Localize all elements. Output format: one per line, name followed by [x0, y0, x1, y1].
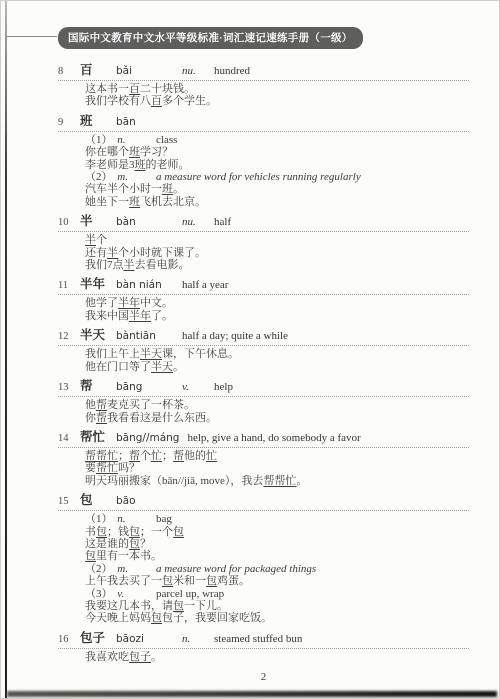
- entry-list: 8 百 bǎi nu. hundred 这本书一百二十块钱。我们学校有八百多个学…: [58, 62, 469, 663]
- entry-head: 8 百 bǎi nu. hundred: [58, 62, 469, 79]
- entry-separator: [58, 344, 469, 346]
- entry-word: 包: [80, 492, 106, 507]
- sense-meaning: class: [156, 134, 177, 146]
- sense-number: （2）: [85, 563, 113, 575]
- entry: 11 半年 bàn nián half a year 他学了半年中文。我来中国半…: [58, 276, 469, 322]
- example-line: 这本书一百二十块钱。: [85, 83, 469, 95]
- sense-number: （1）: [85, 134, 113, 146]
- entry-number: 15: [58, 494, 80, 509]
- entry-head: 15 包 bāo: [58, 492, 469, 509]
- entry-meaning: steamed stuffed bun: [214, 632, 302, 647]
- sense-number: （3）: [85, 588, 113, 600]
- entry-separator: [58, 509, 469, 511]
- entry: 16 包子 bāozi n. steamed stuffed bun 我喜欢吃包…: [58, 630, 469, 663]
- page-header: 国际中文教育中文水平等级标准·词汇速记速练手册（一级）: [58, 27, 469, 46]
- entry-separator: [58, 130, 469, 132]
- entry-pos: v.: [182, 380, 208, 395]
- entry-head: 14 帮忙 bāng//máng help, give a hand, do s…: [58, 429, 469, 446]
- example-line: 今天晚上妈妈包包子，我要回家吃饭。: [85, 612, 469, 624]
- entry-meaning: half a day; quite a while: [182, 329, 288, 344]
- entry-body: 我们上午上半天课，下午休息。他在门口等了半天。: [58, 348, 469, 373]
- entry-number: 13: [58, 380, 80, 395]
- sense-number: （1）: [85, 513, 113, 525]
- entry-word: 半: [80, 213, 106, 228]
- entry-body: 他帮麦克买了一杯茶。你帮我看看这是什么东西。: [58, 399, 469, 424]
- entry-number: 16: [58, 632, 80, 647]
- entry-separator: [58, 647, 469, 649]
- entry-word: 帮: [80, 378, 106, 393]
- entry-number: 12: [58, 329, 80, 344]
- example-line: 他帮麦克买了一杯茶。: [85, 399, 469, 411]
- example-line: 我们上午上半天课，下午休息。: [85, 348, 469, 360]
- entry-pos: nu.: [182, 215, 208, 230]
- entry-number: 10: [58, 215, 80, 230]
- scan-bottom-shadow: [7, 691, 497, 697]
- sense-head: （2） m. a measure word for packaged thing…: [85, 563, 469, 575]
- entry-head: 12 半天 bàntiān half a day; quite a while: [58, 327, 469, 344]
- entry: 10 半 bàn nu. half 半个还有半个小时就下课了。我们7点半去看电影…: [58, 213, 469, 271]
- entry-head: 13 帮 bāng v. help: [58, 378, 469, 395]
- entry-head: 10 半 bàn nu. half: [58, 213, 469, 230]
- entry-word: 半天: [80, 327, 106, 342]
- entry-separator: [58, 79, 469, 81]
- entry: 15 包 bāo （1） n. bag 书包；钱包；一个包这是谁的包？包里有一本…: [58, 492, 469, 625]
- entry-separator: [58, 230, 469, 232]
- entry-separator: [58, 293, 469, 295]
- entry-number: 14: [58, 431, 80, 446]
- entry-pinyin: bān: [116, 115, 174, 130]
- entry: 14 帮忙 bāng//máng help, give a hand, do s…: [58, 429, 469, 487]
- entry-head: 9 班 bān: [58, 113, 469, 130]
- entry-body: （1） n. bag 书包；钱包；一个包这是谁的包？包里有一本书。 （2） m.…: [58, 513, 469, 625]
- example-line: 你在哪个班学习？: [85, 146, 469, 158]
- entry-word: 班: [80, 113, 106, 128]
- sense-head: （3） v. parcel up, wrap: [85, 588, 469, 600]
- example-line: 他在门口等了半天。: [85, 361, 469, 373]
- sense-pos: n.: [117, 134, 147, 146]
- example-line: 我喜欢吃包子。: [85, 651, 469, 663]
- entry-meaning: half a year: [182, 278, 228, 293]
- sense-pos: m.: [117, 563, 147, 575]
- entry-body: 他学了半年中文。我来中国半年了。: [58, 297, 469, 322]
- example-line: 明天玛丽搬家（bān//jiā, move），我去帮帮忙。: [85, 475, 469, 487]
- sense-meaning: bag: [156, 513, 172, 525]
- entry-body: 这本书一百二十块钱。我们学校有八百多个学生。: [58, 83, 469, 108]
- entry-pinyin: bàn nián: [116, 278, 174, 293]
- sense-meaning: a measure word for vehicles running regu…: [156, 171, 361, 183]
- entry-separator: [58, 395, 469, 397]
- sense-head: （2） m. a measure word for vehicles runni…: [85, 171, 469, 183]
- header-rule: [7, 36, 57, 37]
- entry-number: 9: [58, 115, 80, 130]
- entry-meaning: hundred: [214, 64, 250, 79]
- entry-meaning: help, give a hand, do somebody a favor: [187, 431, 360, 446]
- header-badge: 国际中文教育中文水平等级标准·词汇速记速练手册（一级）: [58, 27, 363, 49]
- entry-meaning: help: [214, 380, 233, 395]
- page-number: 2: [58, 671, 469, 683]
- entry-word: 百: [80, 62, 106, 77]
- example-line: 书包；钱包；一个包: [85, 526, 469, 538]
- entry-separator: [58, 446, 469, 448]
- example-line: 包里有一本书。: [85, 550, 469, 562]
- sense-pos: m.: [117, 171, 147, 183]
- entry-body: 半个还有半个小时就下课了。我们7点半去看电影。: [58, 234, 469, 271]
- page-content: 国际中文教育中文水平等级标准·词汇速记速练手册（一级） 8 百 bǎi nu. …: [1, 1, 499, 683]
- entry-word: 帮忙: [80, 429, 106, 444]
- entry-pinyin: bàn: [116, 215, 174, 230]
- example-line: 我来中国半年了。: [85, 310, 469, 322]
- entry-pinyin: bāng: [116, 380, 174, 395]
- entry-pinyin: bāozi: [116, 632, 174, 647]
- entry-number: 11: [58, 278, 80, 293]
- example-line: 帮帮忙；帮个忙；帮他的忙: [85, 450, 469, 462]
- sense-pos: n.: [117, 513, 147, 525]
- entry-word: 包子: [80, 630, 106, 645]
- entry-pos: n.: [182, 632, 208, 647]
- example-line: 要帮忙吗？: [85, 462, 469, 474]
- entry-meaning: half: [214, 215, 231, 230]
- entry-word: 半年: [80, 276, 106, 291]
- example-line: 汽车半个小时一班。: [85, 183, 469, 195]
- entry-pinyin: bàntiān: [116, 329, 174, 344]
- example-line: 半个: [85, 234, 469, 246]
- entry-head: 11 半年 bàn nián half a year: [58, 276, 469, 293]
- example-line: 我们学校有八百多个学生。: [85, 95, 469, 107]
- sense-number: （2）: [85, 171, 113, 183]
- entry-pos: nu.: [182, 64, 208, 79]
- entry-body: 帮帮忙；帮个忙；帮他的忙要帮忙吗？明天玛丽搬家（bān//jiā, move），…: [58, 450, 469, 487]
- entry: 12 半天 bàntiān half a day; quite a while …: [58, 327, 469, 373]
- entry-number: 8: [58, 64, 80, 79]
- entry-body: （1） n. class 你在哪个班学习？李老师是3班的老师。 （2） m. a…: [58, 134, 469, 208]
- example-line: 我要这几本书，请包一下儿。: [85, 600, 469, 612]
- entry: 8 百 bǎi nu. hundred 这本书一百二十块钱。我们学校有八百多个学…: [58, 62, 469, 108]
- entry-body: 我喜欢吃包子。: [58, 651, 469, 663]
- sense-head: （1） n. class: [85, 134, 469, 146]
- sense-meaning: a measure word for packaged things: [156, 563, 316, 575]
- example-line: 她坐下一班飞机去北京。: [85, 196, 469, 208]
- example-line: 李老师是3班的老师。: [85, 159, 469, 171]
- sense-meaning: parcel up, wrap: [156, 588, 224, 600]
- entry-pinyin: bāo: [116, 494, 174, 509]
- example-line: 你帮我看看这是什么东西。: [85, 412, 469, 424]
- example-line: 我们7点半去看电影。: [85, 259, 469, 271]
- entry-head: 16 包子 bāozi n. steamed stuffed bun: [58, 630, 469, 647]
- example-line: 上午我去买了一包米和一包鸡蛋。: [85, 575, 469, 587]
- example-line: 他学了半年中文。: [85, 297, 469, 309]
- entry-pinyin: bǎi: [116, 64, 174, 79]
- sense-head: （1） n. bag: [85, 513, 469, 525]
- example-line: 这是谁的包？: [85, 538, 469, 550]
- example-line: 还有半个小时就下课了。: [85, 247, 469, 259]
- entry: 13 帮 bāng v. help 他帮麦克买了一杯茶。你帮我看看这是什么东西。: [58, 378, 469, 424]
- entry: 9 班 bān （1） n. class 你在哪个班学习？李老师是3班的老师。 …: [58, 113, 469, 208]
- scanned-page: 国际中文教育中文水平等级标准·词汇速记速练手册（一级） 8 百 bǎi nu. …: [0, 0, 500, 699]
- entry-pinyin: bāng//máng: [116, 431, 179, 446]
- sense-pos: v.: [117, 588, 147, 600]
